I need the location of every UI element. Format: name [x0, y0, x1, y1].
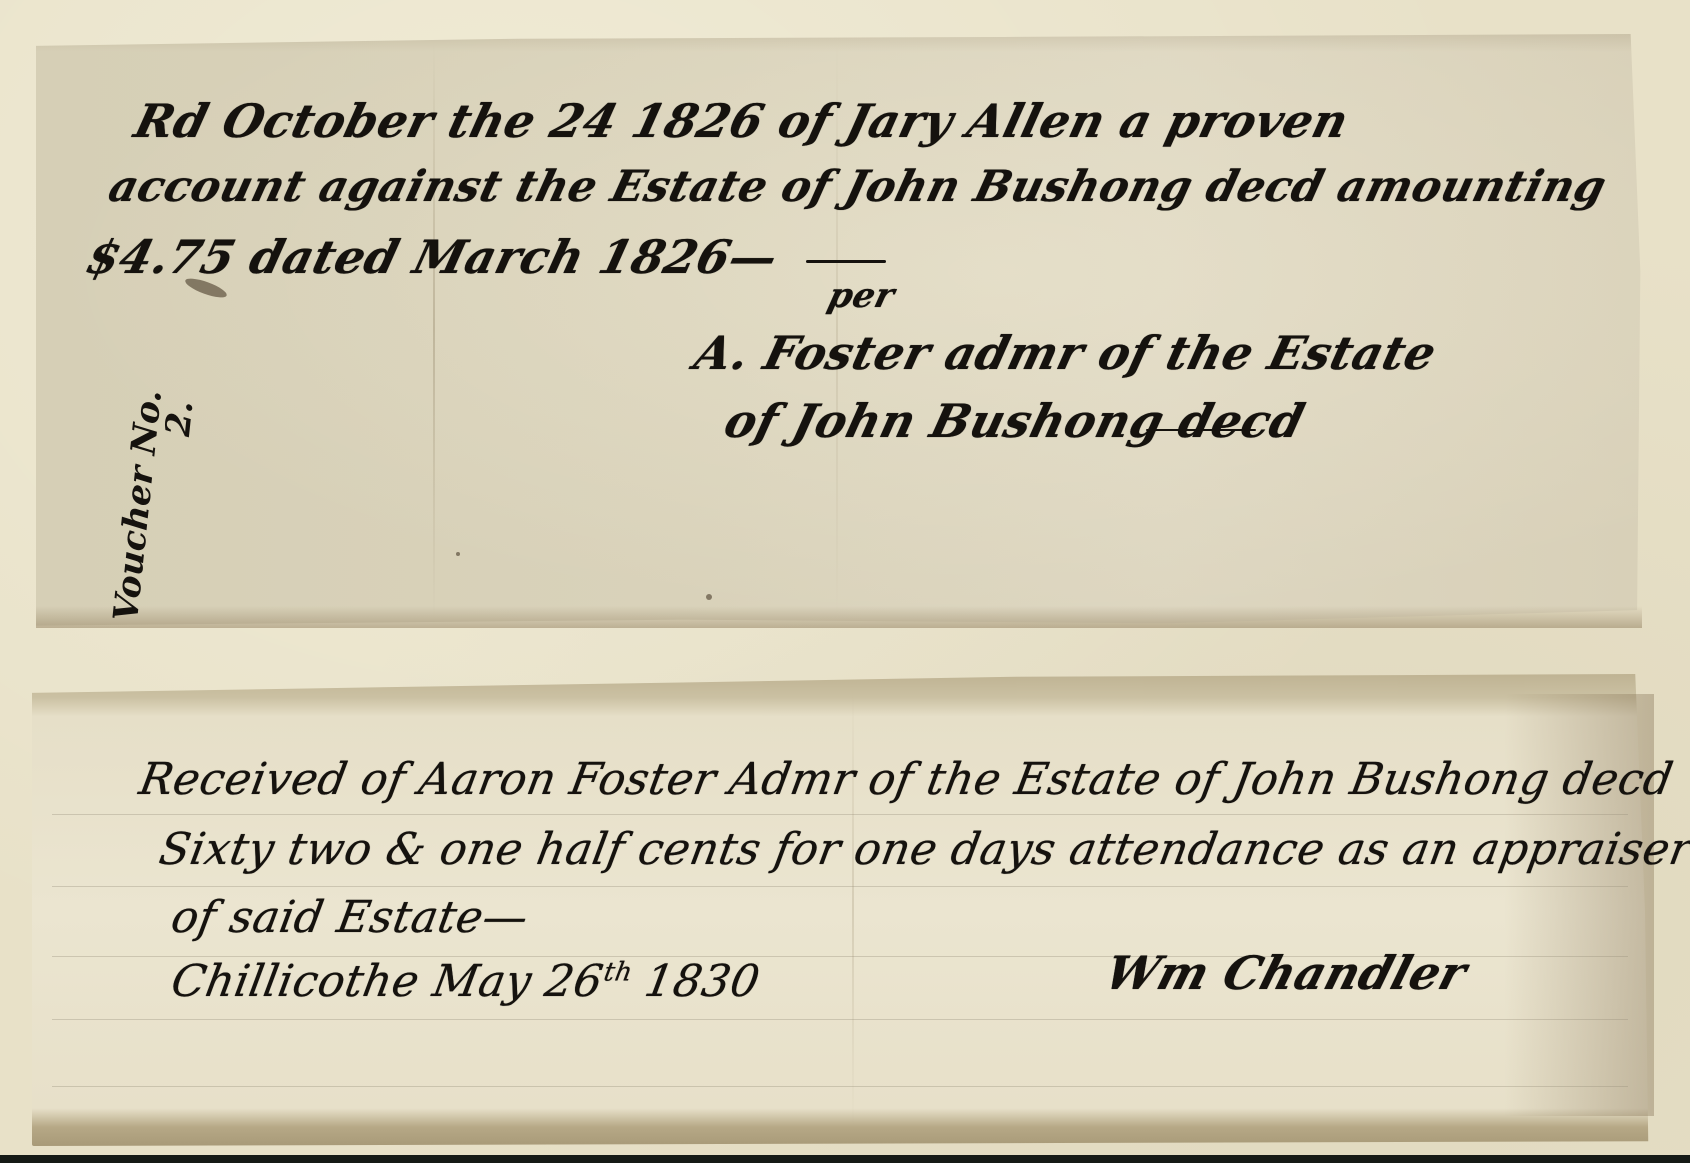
signature-flourish: per: [824, 276, 899, 316]
receipt-line-3: of said Estate—: [168, 892, 533, 943]
receipt-line-2: account against the Estate of John Busho…: [104, 162, 1611, 212]
date-place-month: Chillicothe May 26: [168, 956, 608, 1007]
date-year: 1830: [641, 956, 764, 1007]
ink-speck: [706, 594, 712, 600]
receipt-line-3: $4.75 dated March 1826—: [81, 230, 783, 284]
voucher-note-bottom: Received of Aaron Foster Admr of the Est…: [32, 674, 1658, 1146]
voucher-note-top: Rd October the 24 1826 of Jary Allen a p…: [36, 34, 1650, 628]
appraiser-signature: Wm Chandler: [1099, 946, 1473, 1000]
paper-torn-edge: [36, 606, 1642, 628]
receipt-line-2: Sixty two & one half cents for one days …: [156, 824, 1690, 875]
ruled-line: [52, 1086, 1628, 1087]
ruled-line: [52, 814, 1628, 815]
ink-speck: [456, 552, 460, 556]
date-ordinal-suffix: th: [602, 957, 635, 987]
receipt-line-1: Rd October the 24 1826 of Jary Allen a p…: [129, 94, 1354, 148]
underline-stroke: [1146, 429, 1256, 431]
administrator-signature-line-1: A. Foster admr of the Estate: [689, 326, 1442, 380]
image-bottom-border: [0, 1155, 1690, 1163]
receipt-line-1: Received of Aaron Foster Admr of the Est…: [136, 754, 1677, 805]
administrator-signature-line-2: of John Bushong decd: [719, 394, 1310, 448]
voucher-number-vertical: 2.: [158, 399, 201, 438]
dash-stroke: [806, 260, 886, 263]
receipt-date-line: Chillicothe May 26th 1830: [168, 956, 764, 1007]
ruled-line: [52, 886, 1628, 887]
ruled-line: [52, 1019, 1628, 1020]
